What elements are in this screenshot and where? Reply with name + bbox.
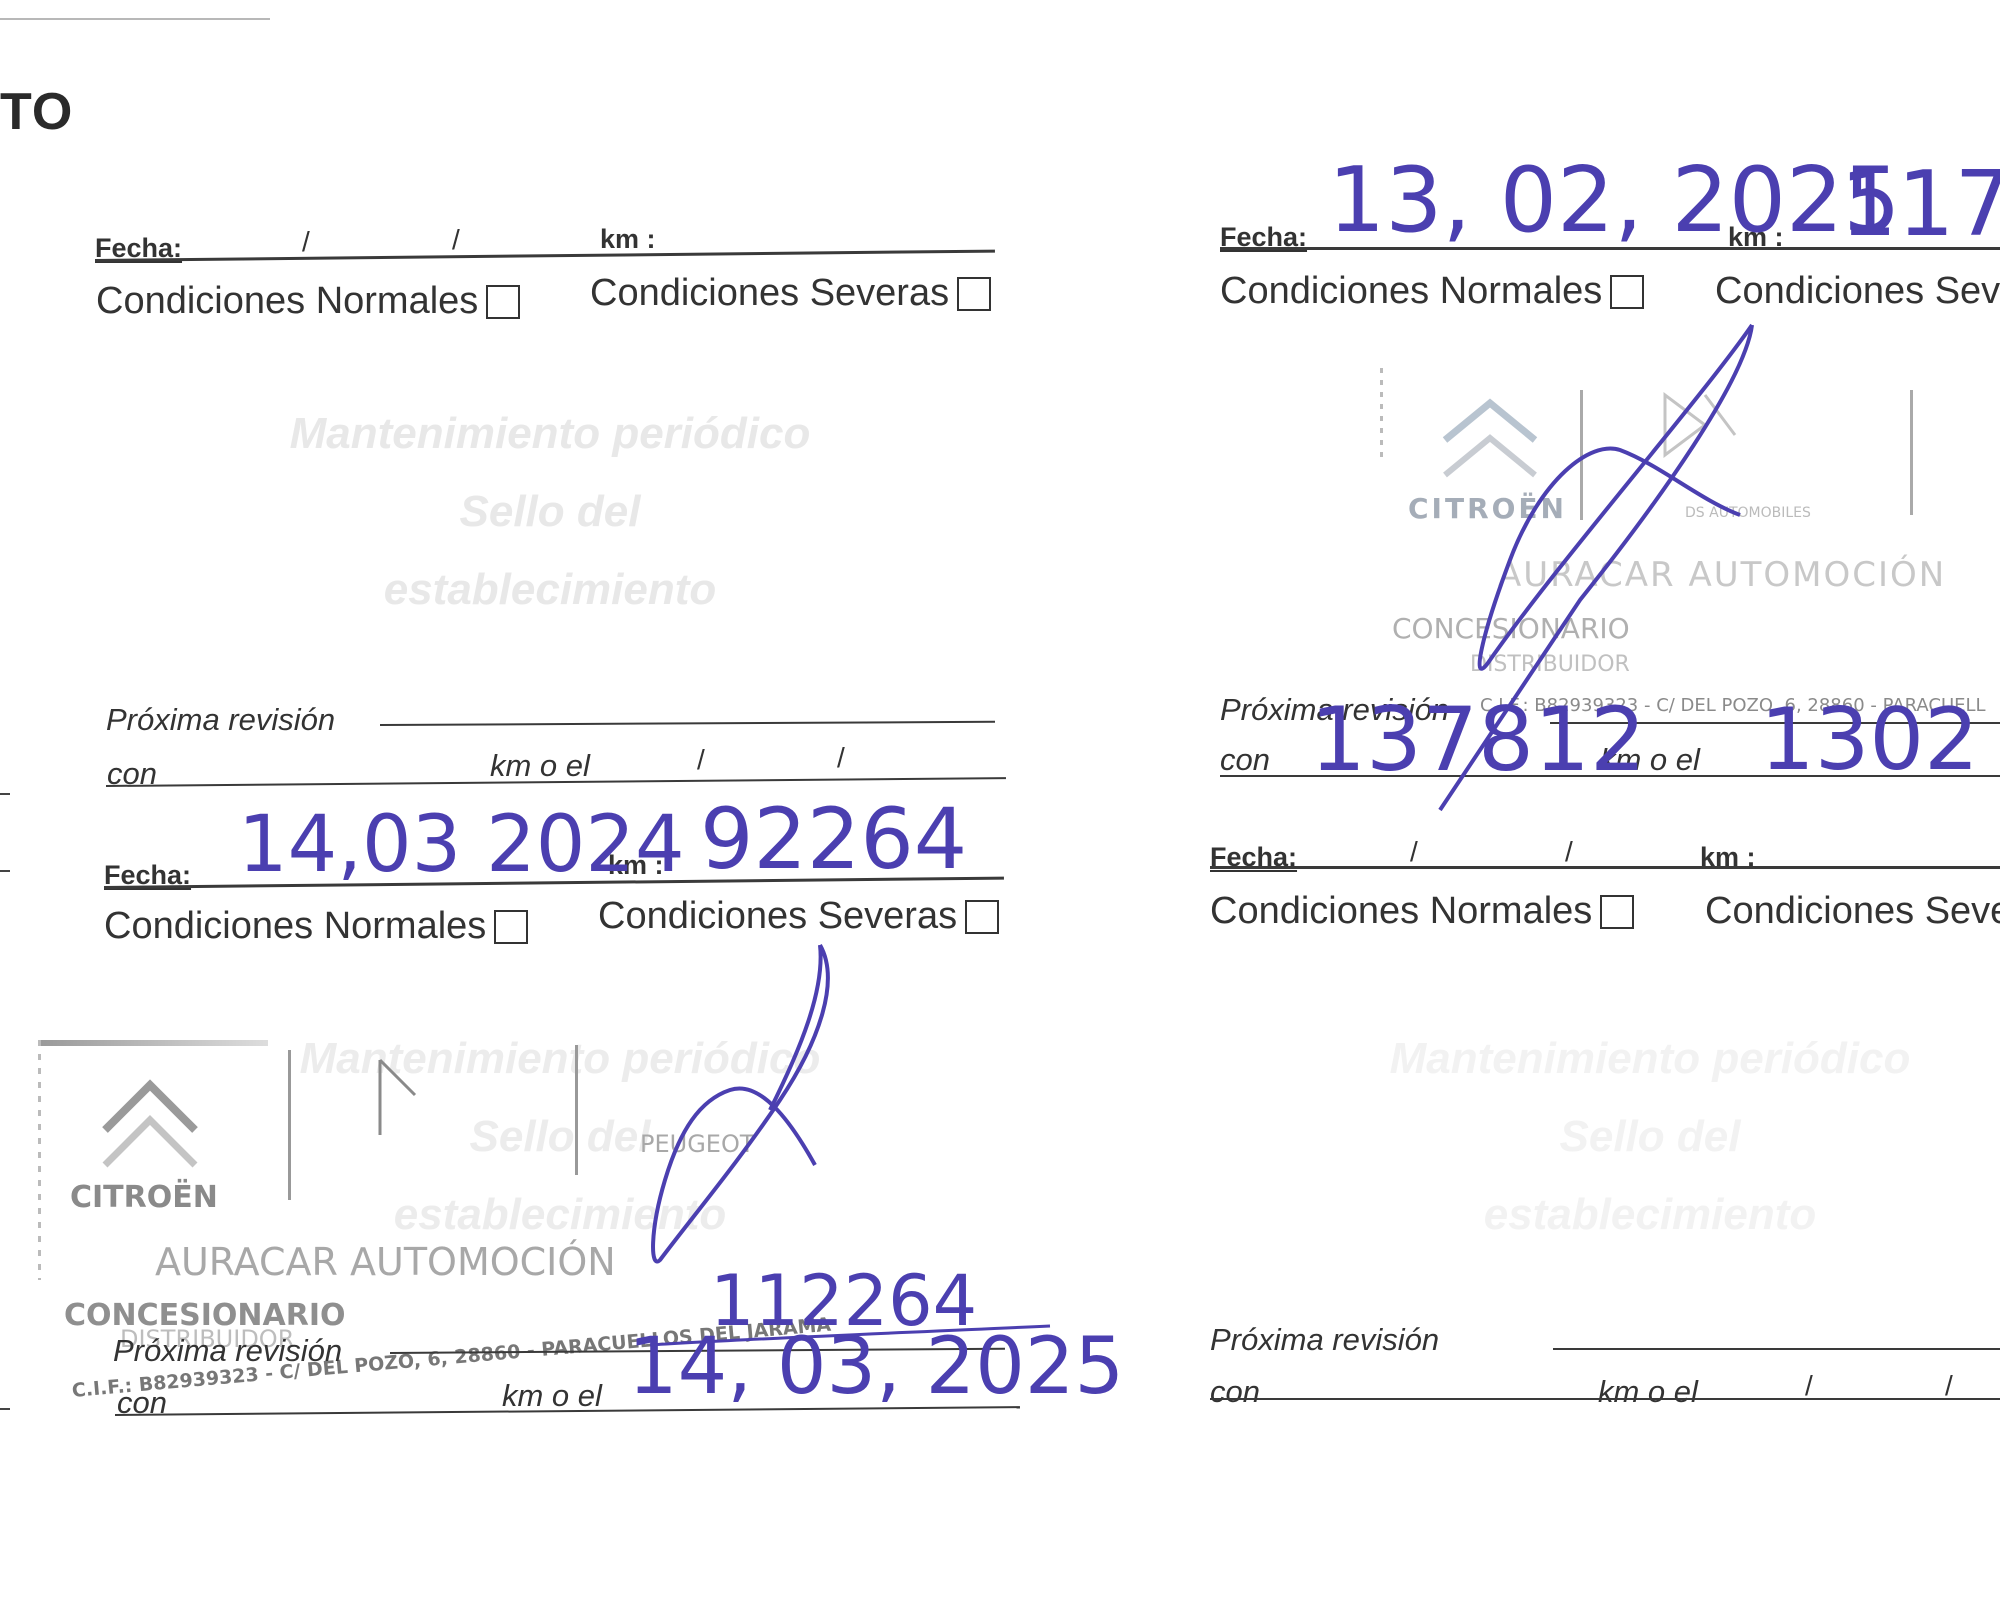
stamp-area-watermark: Mantenimiento periódico Sello del establ…: [1330, 1020, 1970, 1254]
handwritten-proxima-km: 137812: [1310, 688, 1646, 791]
stamp-separator: [1580, 390, 1583, 520]
right-column: Fecha: km : 13, 02, 2025 1178 Condicione…: [1180, 0, 2000, 1602]
con-label: con: [1220, 742, 1270, 778]
km-label: km :: [1700, 842, 1756, 873]
stamp-border: [1380, 368, 1383, 463]
citroen-chevrons-icon: [95, 1070, 205, 1180]
stamp-concesionario: CONCESIONARIO: [1392, 612, 1630, 645]
fecha-day-input[interactable]: [160, 226, 294, 258]
condiciones-severas-label: Condiciones Severas: [598, 895, 957, 938]
ds-logo-icon: [375, 1055, 435, 1145]
condiciones-normales-option[interactable]: Condiciones Normales: [1210, 890, 1634, 933]
km-o-el-label: km o el: [1598, 1374, 1698, 1410]
km-input[interactable]: [1770, 836, 1994, 868]
left-edge-mark: [0, 793, 10, 795]
condiciones-normales-label: Condiciones Normales: [104, 905, 486, 948]
stamp-company: AURACAR AUTOMOCIÓN: [155, 1240, 616, 1284]
condiciones-normales-checkbox[interactable]: [494, 910, 528, 944]
km-label: km :: [600, 224, 656, 255]
date-separator: /: [302, 226, 310, 258]
proxima-revision-label: Próxima revisión: [113, 1333, 342, 1369]
stamp-company: AURACAR AUTOMOCIÓN: [1498, 555, 1946, 595]
con-underline: [1210, 1398, 2000, 1400]
handwritten-km: 1178: [1840, 152, 2000, 257]
proxima-underline: [380, 721, 995, 726]
proxima-revision-label: Próxima revisión: [1210, 1322, 1439, 1358]
watermark-line: Sello del: [230, 473, 870, 551]
condiciones-severas-option[interactable]: Condiciones Severas: [590, 272, 991, 315]
condiciones-severas-checkbox[interactable]: [965, 900, 999, 934]
watermark-line: Mantenimiento periódico: [1330, 1020, 1970, 1098]
km-o-el-label: km o el: [502, 1378, 602, 1414]
date-separator: /: [1565, 836, 1573, 868]
date-separator: /: [697, 744, 705, 776]
left-edge-mark: [0, 870, 10, 872]
stamp-separator: [1910, 390, 1913, 515]
stamp-distribuidor: DISTRIBUIDOR: [1470, 652, 1630, 677]
stamp-brand-peugeot: PEUGEOT: [640, 1130, 755, 1158]
date-separator: /: [1410, 836, 1418, 868]
proxima-revision-label: Próxima revisión: [106, 702, 335, 738]
scan-edge-line: [0, 18, 270, 20]
watermark-line: Mantenimiento periódico: [230, 395, 870, 473]
condiciones-normales-option[interactable]: Condiciones Normales: [104, 905, 528, 948]
citroen-chevrons-icon: [1435, 395, 1545, 495]
condiciones-normales-option[interactable]: Condiciones Normales: [1220, 270, 1644, 313]
ds-logo-icon: [1660, 385, 1740, 465]
condiciones-severas-label: Condiciones Severas: [590, 272, 949, 315]
km-input[interactable]: [670, 220, 984, 252]
stamp-brand-citroen: CITROËN: [1408, 492, 1567, 525]
condiciones-severas-label: Condiciones Severas: [1715, 270, 2000, 313]
km-o-el-label: km o el: [490, 748, 590, 784]
condiciones-normales-checkbox[interactable]: [1610, 275, 1644, 309]
stamp-border: [38, 1040, 268, 1046]
stamp-area-watermark: Mantenimiento periódico Sello del establ…: [240, 1020, 880, 1254]
condiciones-normales-option[interactable]: Condiciones Normales: [96, 280, 520, 323]
condiciones-normales-label: Condiciones Normales: [96, 280, 478, 323]
stamp-brand-ds: DS AUTOMOBILES: [1685, 505, 1811, 521]
condiciones-normales-checkbox[interactable]: [486, 285, 520, 319]
condiciones-normales-label: Condiciones Normales: [1210, 890, 1592, 933]
date-separator: /: [837, 742, 845, 774]
page-title-fragment: TO: [0, 82, 73, 142]
condiciones-severas-checkbox[interactable]: [957, 277, 991, 311]
condiciones-severas-option[interactable]: Condiciones Severas: [598, 895, 999, 938]
handwritten-fecha: 13, 02, 2025: [1328, 148, 1901, 253]
stamp-border: [38, 1040, 41, 1280]
condiciones-normales-label: Condiciones Normales: [1220, 270, 1602, 313]
watermark-line: establecimiento: [230, 551, 870, 629]
handwritten-fecha: 14,03 2024: [238, 800, 685, 890]
watermark-line: Mantenimiento periódico: [240, 1020, 880, 1098]
stamp-separator: [288, 1050, 291, 1200]
proxima-underline: [1553, 1348, 2000, 1350]
stamp-separator: [575, 1045, 578, 1175]
date-separator: /: [452, 224, 460, 256]
con-label: con: [1210, 1374, 1260, 1410]
left-edge-mark: [0, 1408, 10, 1410]
watermark-line: establecimiento: [1330, 1176, 1970, 1254]
condiciones-severas-option[interactable]: Condiciones Severas: [1705, 890, 2000, 933]
condiciones-severas-label: Condiciones Severas: [1705, 890, 2000, 933]
stamp-area-watermark: Mantenimiento periódico Sello del establ…: [230, 395, 870, 629]
condiciones-normales-checkbox[interactable]: [1600, 895, 1634, 929]
handwritten-proxima-date: 14, 03, 2025: [628, 1322, 1124, 1412]
handwritten-proxima-date: 1302 2: [1760, 690, 2000, 790]
condiciones-severas-option[interactable]: Condiciones Severas: [1715, 270, 2000, 313]
watermark-line: Sello del: [240, 1098, 880, 1176]
watermark-line: Sello del: [1330, 1098, 1970, 1176]
stamp-brand-citroen: CITROËN: [70, 1180, 218, 1215]
handwritten-km: 92264: [700, 790, 967, 888]
